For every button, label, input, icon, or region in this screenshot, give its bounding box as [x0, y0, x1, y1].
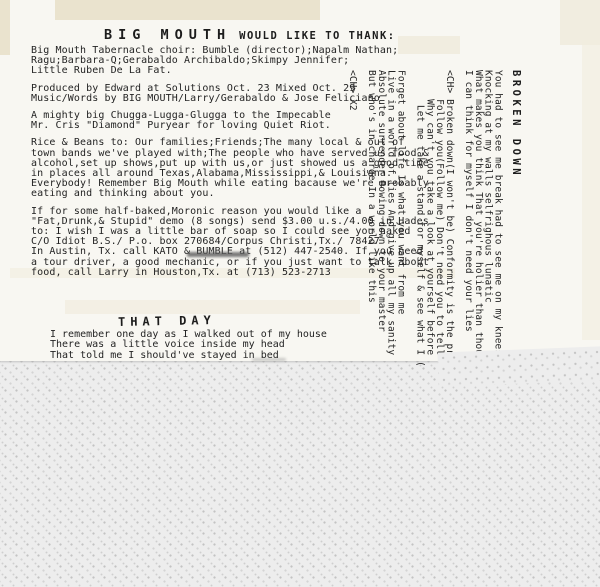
thank-you-heading-rest: WOULD LIKE TO THANK: — [239, 30, 395, 42]
thank-you-heading: BIG MOUTHWOULD LIKE TO THANK: — [104, 24, 396, 43]
band-name-title: BIG MOUTH — [104, 27, 231, 43]
tape-band-mid-lower — [65, 300, 360, 314]
broken-down-lyrics: You had to see me break had to see me on… — [347, 70, 502, 360]
ink-smudge-cut-line — [187, 252, 249, 257]
tape-strip-top-right — [560, 0, 600, 45]
paper-cut-edge — [437, 345, 600, 386]
tape-strip-top — [55, 0, 320, 20]
scanned-liner-notes: BIG MOUTHWOULD LIKE TO THANK: Big Mouth … — [0, 0, 600, 587]
broken-down-title: BROKEN DOWN — [510, 70, 578, 360]
tape-strip-right-edge — [582, 40, 600, 340]
that-day-lyrics: I remember one day as I walked out of my… — [50, 330, 327, 361]
broken-down-section: BROKEN DOWN You had to see me break had … — [347, 70, 578, 360]
that-day-title: THAT DAY — [118, 313, 216, 329]
tape-strip-left-edge — [0, 0, 10, 55]
